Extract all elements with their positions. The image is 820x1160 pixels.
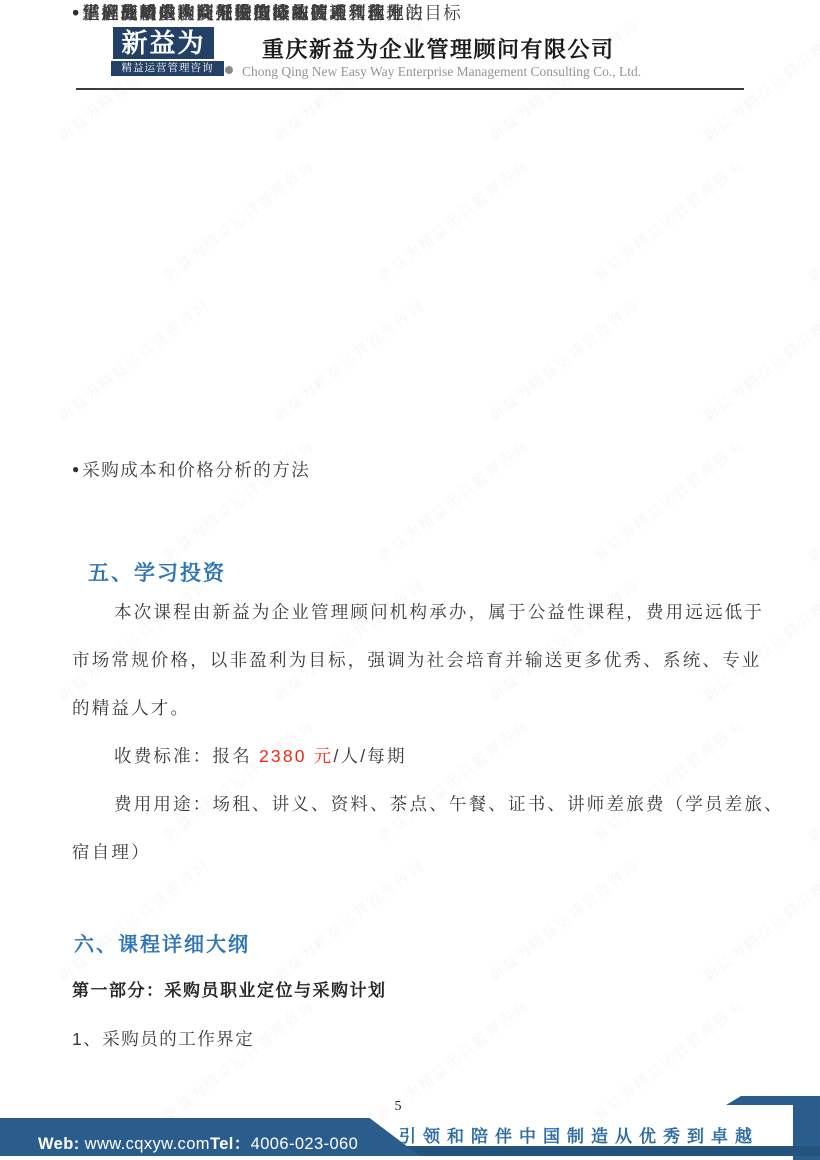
watermark-text: 新益为精益运营管理咨询 (698, 295, 820, 427)
fee-standard-line: 收费标准：报名 2380 元/人/每期 (114, 743, 407, 768)
watermark-text: 新益为精益运营管理咨询 (373, 155, 533, 287)
fee-price: 2380 元 (259, 746, 334, 766)
footer-slogan: 引领和陪伴中国制造从优秀到卓越 (399, 1122, 759, 1147)
outline-part-title: 第一部分：采购员职业定位与采购计划 (72, 976, 387, 1001)
watermark-text: 新益为精益运营管理咨询 (588, 715, 748, 847)
watermark-text: 新益为精益运营管理咨询 (158, 155, 318, 287)
section-title-course-outline: 六、课程详细大纲 (74, 928, 250, 957)
paragraph-line: 市场常规价格，以非盈利为目标，强调为社会培育并输送更多优秀、系统、专业 (72, 647, 762, 672)
document-page: 新益为精益运营管理咨询新益为精益运营管理咨询新益为精益运营管理咨询新益为精益运营… (0, 0, 820, 1160)
watermark-text: 新益为精益运营管理咨询 (373, 715, 533, 847)
page-number: 5 (380, 1099, 416, 1115)
watermark-text: 新益为精益运营管理咨询 (53, 295, 213, 427)
watermark-text: 新益为精益运营管理咨询 (698, 15, 820, 147)
section-title-learning-investment: 五、学习投资 (88, 557, 226, 587)
list-item: ●通过现场采购谈判模拟演练使谈判落地 (72, 0, 405, 25)
paragraph-line: 的精益人才。 (72, 695, 190, 720)
watermark-text: 新益为精益运营管理咨询 (53, 855, 213, 987)
watermark-text: 新益为精益运营管理咨询 (53, 575, 213, 707)
company-logo-tagline: 精益运营管理咨询 (111, 61, 224, 76)
web-url: www.cqxyw.com (80, 1135, 210, 1153)
company-name-cn: 重庆新益为企业管理顾问有限公司 (262, 33, 615, 64)
web-label: Web: (38, 1135, 80, 1153)
logo-dot-icon (225, 66, 233, 74)
outline-item: 1、采购员的工作界定 (72, 1026, 254, 1051)
fee-prefix: 收费标准：报名 (114, 746, 259, 766)
watermark-text: 新益为精益运营管理咨询 (268, 295, 428, 427)
company-name-en: Chong Qing New Easy Way Enterprise Manag… (242, 64, 641, 80)
paragraph-line: 本次课程由新益为企业管理顾问机构承办，属于公益性课程，费用远远低于 (114, 599, 764, 624)
watermark-text: 新益为精益运营管理咨询 (803, 155, 820, 287)
watermark-text: 新益为精益运营管理咨询 (373, 435, 533, 567)
tel-label: Tel： (210, 1135, 251, 1153)
watermark-text: 新益为精益运营管理咨询 (698, 575, 820, 707)
watermark-text: 新益为精益运营管理咨询 (483, 575, 643, 707)
fee-suffix: /人/每期 (333, 746, 406, 766)
watermark-text: 新益为精益运营管理咨询 (158, 435, 318, 567)
fee-usage-line: 费用用途：场租、讲义、资料、茶点、午餐、证书、讲师差旅费（学员差旅、 (114, 791, 784, 816)
watermark-text: 新益为精益运营管理咨询 (803, 435, 820, 567)
fee-usage-line: 宿自理） (72, 839, 151, 864)
list-item-text: 通过现场采购谈判模拟演练使谈判落地 (82, 3, 405, 23)
list-item: ●采购成本和价格分析的方法 (72, 457, 310, 482)
tel-number: 4006-023-060 (251, 1135, 359, 1153)
watermark-text: 新益为精益运营管理咨询 (803, 715, 820, 847)
header-divider (76, 88, 744, 90)
watermark-text: 新益为精益运营管理咨询 (588, 995, 748, 1127)
watermark-text: 新益为精益运营管理咨询 (158, 995, 318, 1127)
watermark-text: 新益为精益运营管理咨询 (268, 855, 428, 987)
bullet-icon: ● (72, 462, 79, 476)
watermark-text: 新益为精益运营管理咨询 (158, 715, 318, 847)
footer-contact-info: Web: www.cqxyw.comTel：4006-023-060 (38, 1130, 358, 1154)
watermark-text: 新益为精益运营管理咨询 (588, 435, 748, 567)
bullet-icon: ● (72, 5, 79, 19)
list-item-text: 采购成本和价格分析的方法 (82, 460, 310, 480)
watermark-text: 新益为精益运营管理咨询 (268, 575, 428, 707)
watermark-text: 新益为精益运营管理咨询 (483, 855, 643, 987)
watermark-text: 新益为精益运营管理咨询 (588, 155, 748, 287)
company-logo: 新益为 (113, 27, 214, 59)
watermark-text: 新益为精益运营管理咨询 (483, 295, 643, 427)
watermark-text: 新益为精益运营管理咨询 (698, 855, 820, 987)
